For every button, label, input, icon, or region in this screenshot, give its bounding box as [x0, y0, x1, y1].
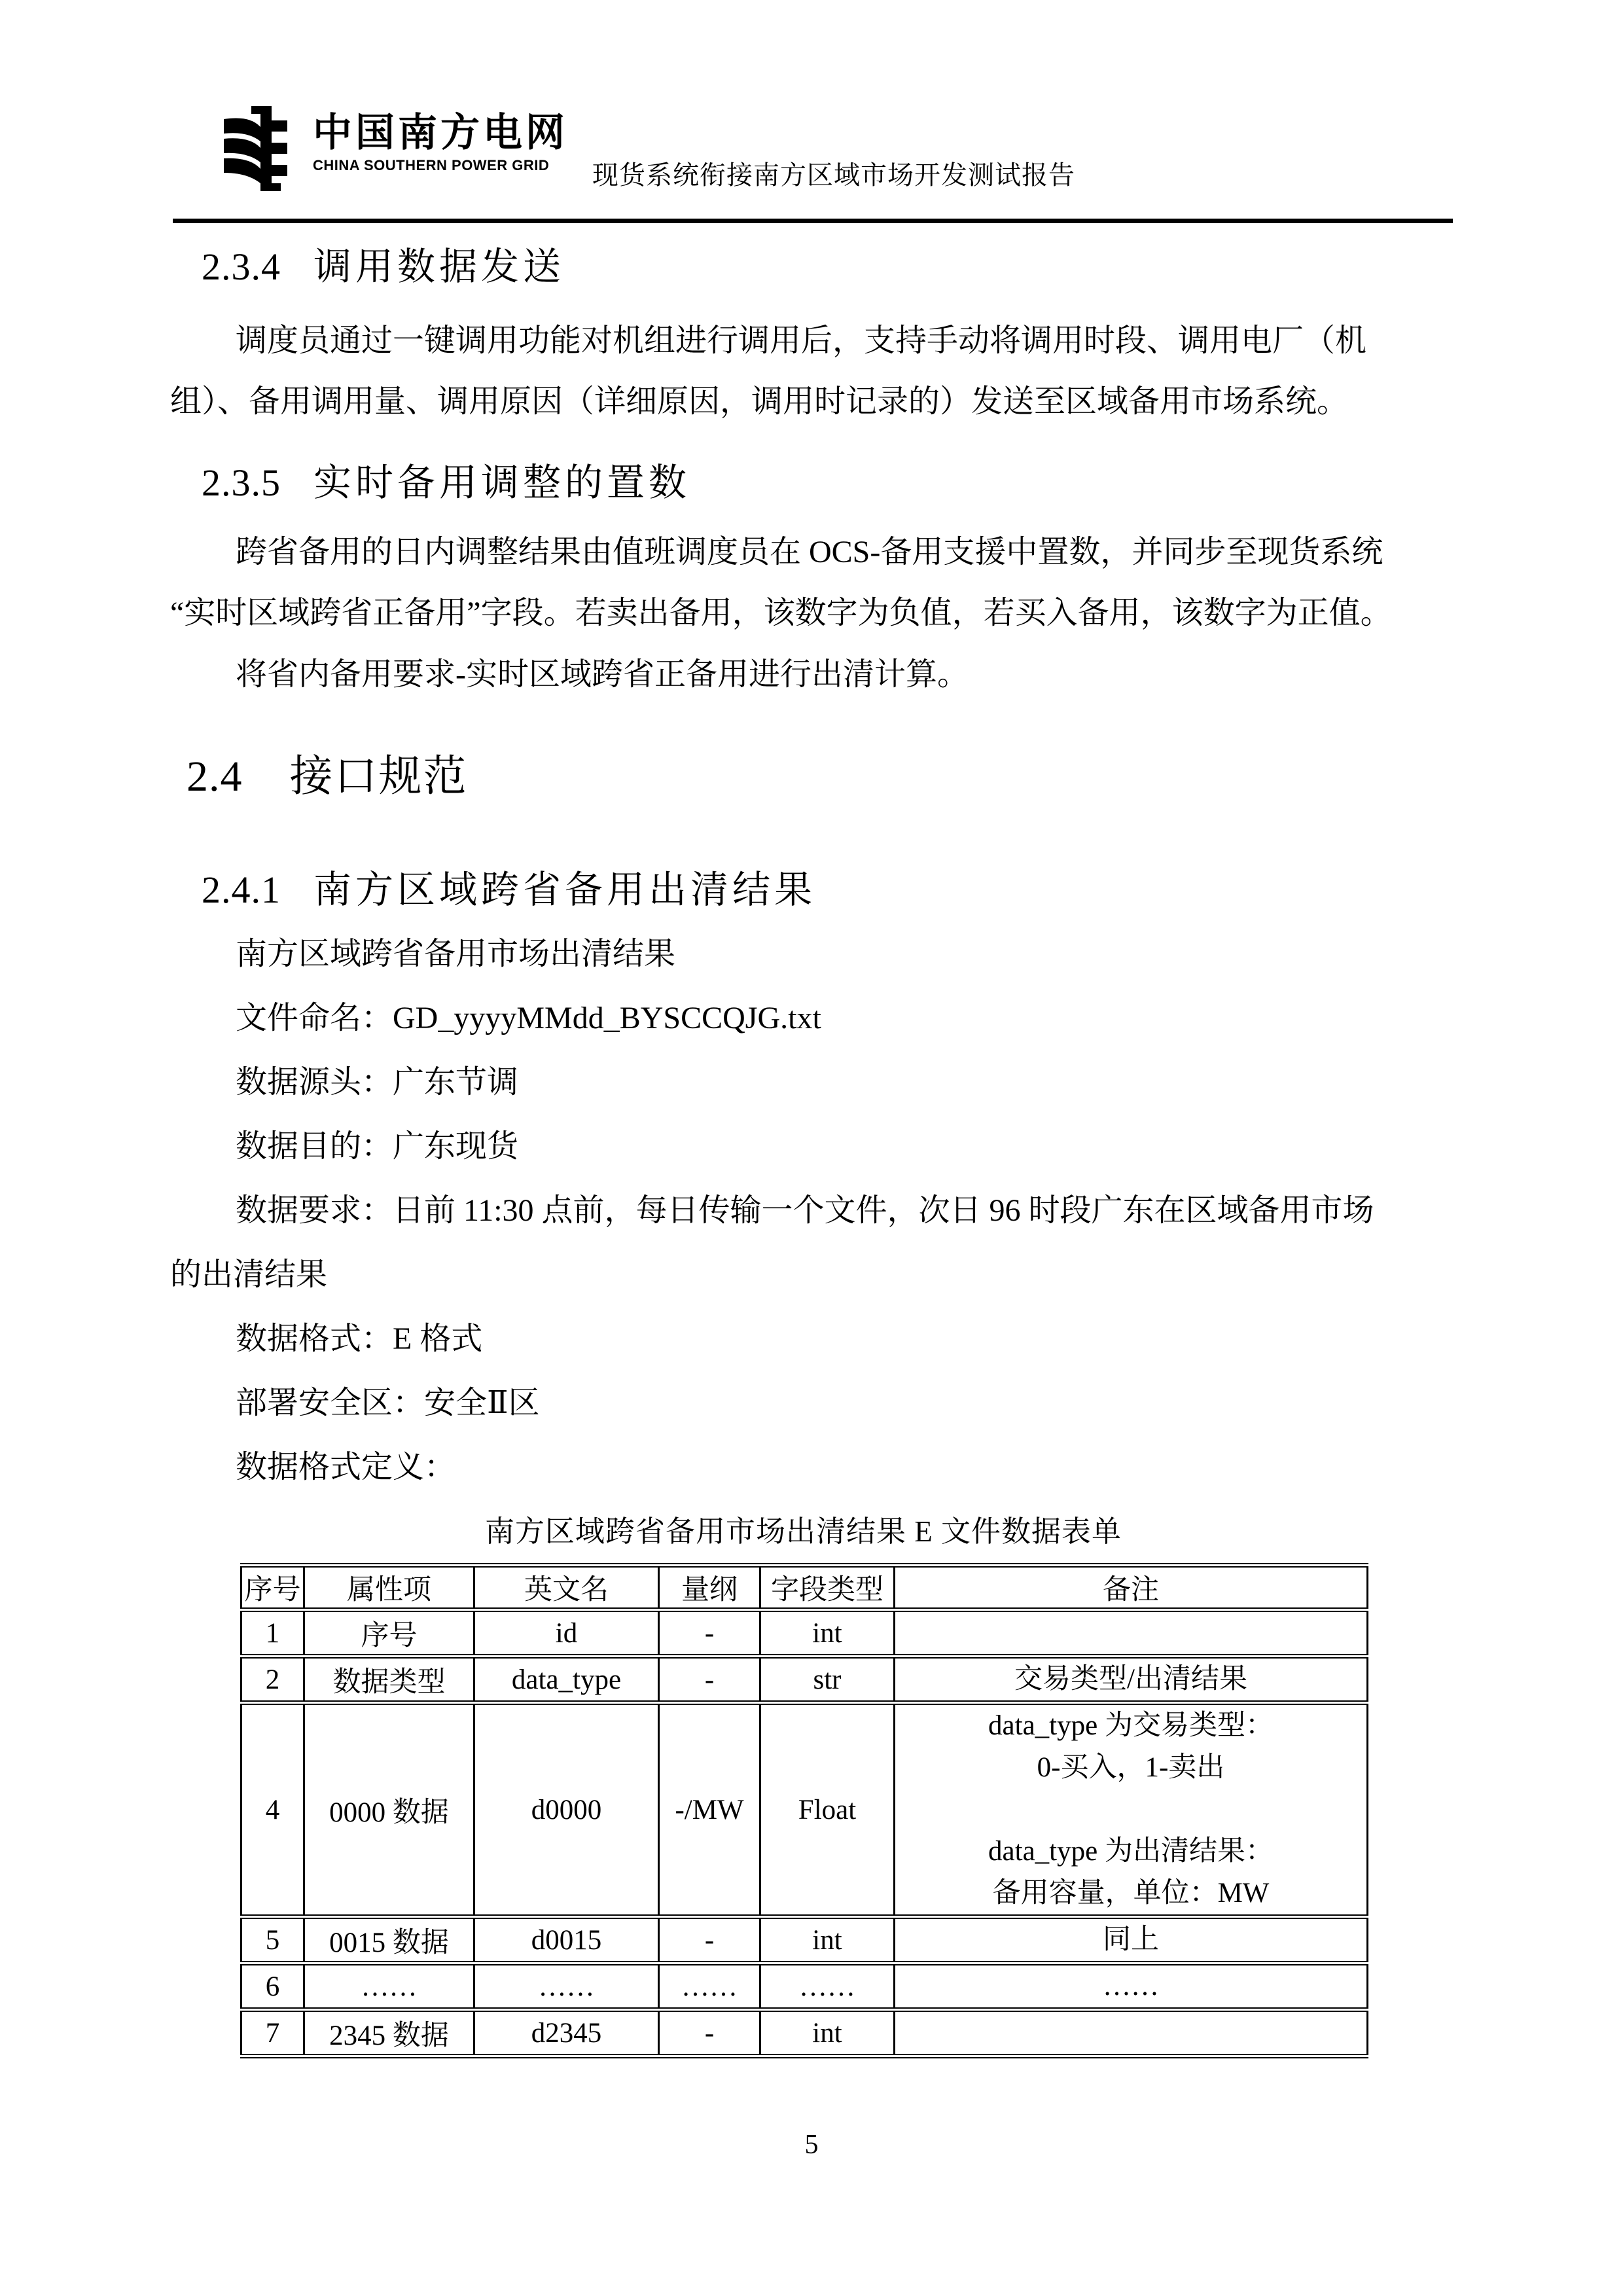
heading-number: 2.4.1 — [202, 869, 281, 911]
remark-line: 交易类型/出清结果 — [895, 1659, 1366, 1700]
interface-spec-list: 南方区域跨省备用市场出清结果 文件命名：GD_yyyyMMdd_BYSCCQJG… — [170, 922, 1453, 1499]
heading-2-3-4: 2.3.4调用数据发送 — [202, 241, 1453, 293]
column-header-remark: 备注 — [895, 1566, 1368, 1610]
cell-type: int — [760, 1917, 895, 1964]
column-header-unit: 量纲 — [659, 1566, 760, 1610]
table-row: 5 0015 数据 d0015 - int 同上 — [241, 1917, 1368, 1964]
logo-english-name: CHINA SOUTHERN POWER GRID — [313, 157, 588, 174]
cell-type: …… — [760, 1964, 895, 2010]
cell-no: 1 — [241, 1610, 304, 1657]
cell-en: d0015 — [474, 1917, 659, 1964]
column-header-en: 英文名 — [474, 1566, 659, 1610]
cell-no: 7 — [241, 2010, 304, 2056]
spec-line: 数据目的：广东现货 — [170, 1115, 1453, 1179]
cell-attr: 数据类型 — [304, 1657, 474, 1703]
remark-line — [895, 1789, 1366, 1831]
remark-line: data_type 为交易类型： — [895, 1705, 1366, 1747]
cell-no: 2 — [241, 1657, 304, 1703]
paragraph-2-3-4: 调度员通过一键调用功能对机组进行调用后，支持手动将调用时段、调用电厂（机 组）、… — [170, 310, 1453, 432]
spec-line: 的出清结果 — [170, 1243, 1453, 1307]
remark-line — [895, 1612, 1366, 1654]
table-title: 南方区域跨省备用市场出清结果 E 文件数据表单 — [240, 1512, 1366, 1551]
cell-type: int — [760, 1610, 895, 1657]
cell-unit: …… — [659, 1964, 760, 2010]
spec-line: 数据格式定义： — [170, 1435, 1453, 1499]
page-number: 5 — [0, 2128, 1623, 2161]
column-header-type: 字段类型 — [760, 1566, 895, 1610]
page-content: 2.3.4调用数据发送 调度员通过一键调用功能对机组进行调用后，支持手动将调用时… — [170, 241, 1453, 2058]
heading-number: 2.4 — [187, 753, 243, 800]
document-page: 中国南方电网 CHINA SOUTHERN POWER GRID 现货系统衔接南… — [0, 0, 1623, 2296]
cell-en: data_type — [474, 1657, 659, 1703]
cell-en: d0000 — [474, 1703, 659, 1917]
paragraph-line: 调度员通过一键调用功能对机组进行调用后，支持手动将调用时段、调用电厂（机 — [170, 310, 1453, 371]
heading-2-4: 2.4接口规范 — [187, 745, 1453, 808]
spec-line: 数据要求：日前 11:30 点前，每日传输一个文件，次日 96 时段广东在区域备… — [170, 1179, 1453, 1243]
cell-unit: - — [659, 1657, 760, 1703]
spec-line: 南方区域跨省备用市场出清结果 — [170, 922, 1453, 986]
cell-remark — [895, 1610, 1368, 1657]
remark-line: 0-买入，1-卖出 — [895, 1747, 1366, 1789]
cell-attr: 0015 数据 — [304, 1917, 474, 1964]
spec-line: 数据源头：广东节调 — [170, 1050, 1453, 1115]
paragraph-line: 将省内备用要求-实时区域跨省正备用进行出清计算。 — [170, 644, 1453, 705]
cell-remark: data_type 为交易类型： 0-买入，1-卖出 data_type 为出清… — [895, 1703, 1368, 1917]
cell-en: d2345 — [474, 2010, 659, 2056]
spec-line: 文件命名：GD_yyyyMMdd_BYSCCQJG.txt — [170, 986, 1453, 1050]
table-row: 2 数据类型 data_type - str 交易类型/出清结果 — [241, 1657, 1368, 1703]
cell-attr: 0000 数据 — [304, 1703, 474, 1917]
paragraph-line: “实时区域跨省正备用”字段。若卖出备用，该数字为负值，若买入备用，该数字为正值。 — [170, 583, 1453, 643]
cell-remark — [895, 2010, 1368, 2056]
remark-line: 备用容量，单位：MW — [895, 1873, 1366, 1914]
heading-2-4-1: 2.4.1南方区域跨省备用出清结果 — [202, 864, 1453, 916]
paragraph-2-3-5b: 将省内备用要求-实时区域跨省正备用进行出清计算。 — [170, 644, 1453, 705]
heading-number: 2.3.4 — [202, 245, 281, 288]
cell-no: 6 — [241, 1964, 304, 2010]
csg-logo-icon — [223, 105, 301, 192]
cell-attr: …… — [304, 1964, 474, 2010]
paragraph-2-3-5: 跨省备用的日内调整结果由值班调度员在 OCS-备用支援中置数，并同步至现货系统 … — [170, 522, 1453, 643]
cell-remark: …… — [895, 1964, 1368, 2010]
remark-line — [895, 2012, 1366, 2054]
paragraph-line: 跨省备用的日内调整结果由值班调度员在 OCS-备用支援中置数，并同步至现货系统 — [170, 522, 1453, 583]
cell-en: …… — [474, 1964, 659, 2010]
table-row: 7 2345 数据 d2345 - int — [241, 2010, 1368, 2056]
header-doc-title: 现货系统衔接南方区域市场开发测试报告 — [592, 161, 1075, 190]
heading-2-3-5: 2.3.5实时备用调整的置数 — [202, 457, 1453, 509]
cell-unit: -/MW — [659, 1703, 760, 1917]
logo-chinese-name: 中国南方电网 — [313, 113, 588, 153]
logo-text-block: 中国南方电网 CHINA SOUTHERN POWER GRID — [313, 113, 588, 174]
header-rule — [173, 219, 1453, 223]
column-header-attr: 属性项 — [304, 1566, 474, 1610]
cell-en: id — [474, 1610, 659, 1657]
cell-unit: - — [659, 1610, 760, 1657]
cell-unit: - — [659, 1917, 760, 1964]
cell-no: 4 — [241, 1703, 304, 1917]
cell-attr: 2345 数据 — [304, 2010, 474, 2056]
e-file-data-table: 序号 属性项 英文名 量纲 字段类型 备注 1 序号 id - int — [240, 1563, 1368, 2058]
remark-line: 同上 — [895, 1919, 1366, 1961]
table-row: 1 序号 id - int — [241, 1610, 1368, 1657]
cell-attr: 序号 — [304, 1610, 474, 1657]
cell-remark: 交易类型/出清结果 — [895, 1657, 1368, 1703]
cell-remark: 同上 — [895, 1917, 1368, 1964]
cell-type: Float — [760, 1703, 895, 1917]
remark-line: data_type 为出清结果： — [895, 1831, 1366, 1873]
heading-title: 接口规范 — [290, 753, 468, 800]
heading-title: 实时备用调整的置数 — [313, 461, 690, 504]
spec-line: 数据格式：E 格式 — [170, 1307, 1453, 1371]
table-row: 4 0000 数据 d0000 -/MW Float data_type 为交易… — [241, 1703, 1368, 1917]
heading-number: 2.3.5 — [202, 461, 281, 504]
paragraph-line: 组）、备用调用量、调用原因（详细原因，调用时记录的）发送至区域备用市场系统。 — [170, 371, 1453, 432]
column-header-no: 序号 — [241, 1566, 304, 1610]
cell-unit: - — [659, 2010, 760, 2056]
remark-line: …… — [895, 1965, 1366, 2007]
table-header-row: 序号 属性项 英文名 量纲 字段类型 备注 — [241, 1566, 1368, 1610]
cell-type: int — [760, 2010, 895, 2056]
spec-line: 部署安全区：安全Ⅱ区 — [170, 1371, 1453, 1435]
cell-type: str — [760, 1657, 895, 1703]
heading-title: 南方区域跨省备用出清结果 — [313, 869, 816, 911]
table-row: 6 …… …… …… …… …… — [241, 1964, 1368, 2010]
heading-title: 调用数据发送 — [313, 245, 565, 288]
cell-no: 5 — [241, 1917, 304, 1964]
